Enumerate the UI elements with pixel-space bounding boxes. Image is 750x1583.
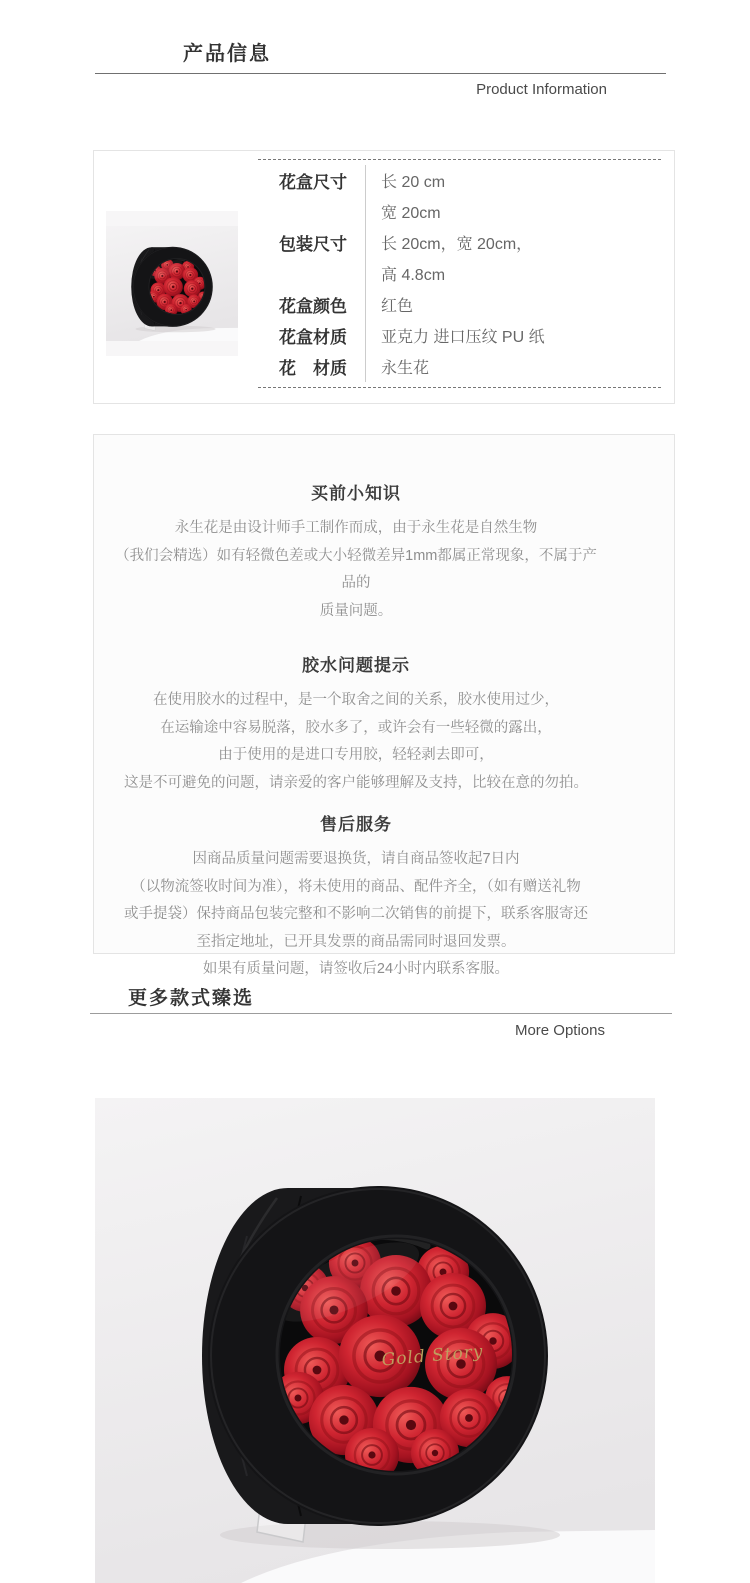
spec-label: 花盒颜色 xyxy=(258,292,365,317)
notice-panel: 买前小知识 永生花是由设计师手工制作而成，由于永生花是自然生物 （我们会精选）如… xyxy=(93,434,675,954)
spec-value: 长 20 cm xyxy=(365,165,661,196)
notice-line: 永生花是由设计师手工制作而成，由于永生花是自然生物 xyxy=(108,515,604,543)
spec-row: 花盒尺寸 长 20 cm xyxy=(258,165,661,196)
notice-section-prepurchase: 买前小知识 永生花是由设计师手工制作而成，由于永生花是自然生物 （我们会精选）如… xyxy=(108,435,604,625)
spec-label: 花盒尺寸 xyxy=(258,168,365,193)
spec-label: 花盒材质 xyxy=(258,323,365,348)
rose-box-large-image: Gold Story xyxy=(95,1098,655,1583)
notice-line: 由于使用的是进口专用胶，轻轻剥去即可， xyxy=(108,742,604,770)
notice-section-title: 售后服务 xyxy=(108,810,604,835)
notice-line: （我们会精选）如有轻微色差或大小轻微差异1mm都属正常现象，不属于产品的 xyxy=(108,543,604,598)
notice-line: 因商品质量问题需要退换货，请自商品签收起7日内 xyxy=(108,846,604,874)
product-info-title-en: Product Information xyxy=(95,74,666,99)
notice-section-glue: 胶水问题提示 在使用胶水的过程中，是一个取舍之间的关系，胶水使用过少， 在运输途… xyxy=(108,625,604,797)
notice-section-title: 胶水问题提示 xyxy=(108,651,604,676)
spec-row: 花盒材质 亚克力 进口压纹 PU 纸 xyxy=(258,320,661,351)
product-info-title-zh: 产品信息 xyxy=(95,0,666,74)
product-description-page: 产品信息 Product Information 花盒尺寸 长 20 cm 宽 … xyxy=(0,0,750,1583)
notice-line: （以物流签收时间为准），将未使用的商品、配件齐全，（如有赠送礼物 xyxy=(108,874,604,902)
notice-line: 在运输途中容易脱落，胶水多了，或许会有一些轻微的露出， xyxy=(108,715,604,743)
section-header-product-info: 产品信息 Product Information xyxy=(95,0,666,99)
spec-row: 包装尺寸 长 20cm，宽 20cm， xyxy=(258,227,661,258)
notice-section-title: 买前小知识 xyxy=(108,479,604,504)
spec-table: 花盒尺寸 长 20 cm 宽 20cm 包装尺寸 长 20cm，宽 20cm， … xyxy=(258,159,661,388)
spec-value: 宽 20cm xyxy=(365,196,661,227)
notice-line: 在使用胶水的过程中，是一个取舍之间的关系，胶水使用过少， xyxy=(108,687,604,715)
notice-line: 或手提袋）保持商品包装完整和不影响二次销售的前提下，联系客服寄还 xyxy=(108,901,604,929)
rose-box-thumbnail-image xyxy=(106,211,238,356)
product-thumbnail-photo xyxy=(106,211,238,356)
spec-row: 花 材质 永生花 xyxy=(258,351,661,382)
spec-value: 亚克力 进口压纹 PU 纸 xyxy=(365,320,661,351)
notice-line: 至指定地址，已开具发票的商品需同时退回发票。 xyxy=(108,929,604,957)
spec-row: 高 4.8cm xyxy=(258,258,661,289)
spec-label: 包装尺寸 xyxy=(258,230,365,255)
notice-line: 质量问题。 xyxy=(108,598,604,626)
spec-value: 永生花 xyxy=(365,351,661,382)
more-options-title-en: More Options xyxy=(90,1014,672,1040)
spec-panel: 花盒尺寸 长 20 cm 宽 20cm 包装尺寸 长 20cm，宽 20cm， … xyxy=(93,150,675,404)
product-large-photo: Gold Story xyxy=(95,1098,655,1583)
notice-line: 这是不可避免的问题，请亲爱的客户能够理解及支持，比较在意的勿拍。 xyxy=(108,770,604,798)
spec-label: 花 材质 xyxy=(258,354,365,379)
spec-row: 宽 20cm xyxy=(258,196,661,227)
spec-value: 长 20cm，宽 20cm， xyxy=(365,227,661,258)
spec-value: 高 4.8cm xyxy=(365,258,661,289)
spec-value: 红色 xyxy=(365,289,661,320)
spec-row: 花盒颜色 红色 xyxy=(258,289,661,320)
